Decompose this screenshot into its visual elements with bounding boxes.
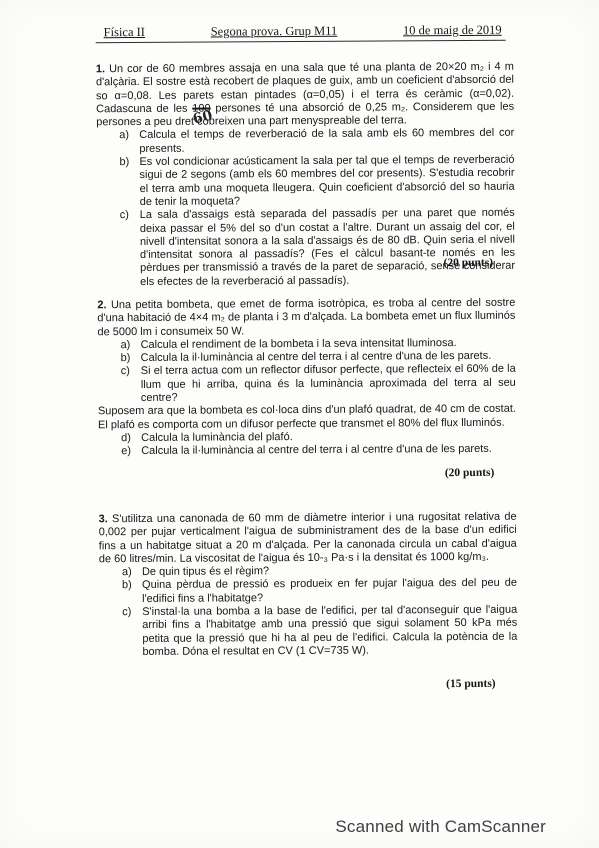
item-text: Quina pèrdua de pressió es produeix en f…	[142, 577, 517, 606]
item-label: a)	[121, 339, 141, 352]
exam-date: 10 de maig de 2019	[403, 23, 506, 39]
item-label: c)	[120, 209, 140, 289]
item-label: c)	[122, 606, 142, 659]
item-text: Calcula el temps de reverberació de la s…	[139, 127, 514, 156]
list-item: c) S'instal·la una bomba a la base de l'…	[99, 604, 517, 660]
problem-2-mid-paragraph: Suposem ara que la bombeta es col·loca d…	[98, 403, 516, 432]
problem-1: 1. Un cor de 60 membres assaja en una sa…	[96, 61, 515, 290]
list-item: b) Quina pèrdua de pressió es produeix e…	[99, 577, 517, 606]
scan-tilt-wrapper: Física II Segona prova. Grup M11 10 de m…	[0, 0, 599, 848]
problem-3-intro: 3. S'utilitza una canonada de 60 mm de d…	[99, 511, 517, 567]
exam-title: Segona prova. Grup M11	[211, 24, 338, 40]
problem-1-points: (20 punts)	[443, 257, 493, 269]
problem-2: 2. Una petita bombeta, que emet de forma…	[97, 297, 516, 459]
item-text: Calcula la il·luminància al centre del t…	[141, 443, 516, 459]
problem-2-points: (20 punts)	[445, 467, 495, 479]
problem-2-intro-text: Una petita bombeta, que emet de forma is…	[97, 297, 515, 338]
list-item: e) Calcula la il·luminància al centre de…	[98, 443, 516, 459]
item-label: c)	[121, 365, 141, 405]
problem-3-number: 3.	[99, 513, 108, 525]
problem-2-number: 2.	[97, 299, 106, 311]
course-name: Física II	[96, 25, 145, 40]
page-content: Física II Segona prova. Grup M11 10 de m…	[95, 0, 518, 848]
item-text: S'instal·la una bomba a la base de l'edi…	[142, 604, 517, 659]
problem-2-intro: 2. Una petita bombeta, que emet de forma…	[97, 297, 515, 339]
item-text: Es vol condicionar acústicament la sala …	[139, 154, 514, 209]
problem-1-intro: 1. Un cor de 60 membres assaja en una sa…	[96, 61, 514, 130]
item-label: e)	[121, 445, 141, 458]
item-label: a)	[122, 566, 142, 579]
camscanner-watermark: Scanned with CamScanner	[335, 817, 546, 837]
struck-text: 10060	[192, 102, 210, 114]
item-label: d)	[121, 432, 141, 445]
item-label: b)	[122, 579, 142, 606]
problem-3-points: (15 punts)	[446, 678, 496, 690]
problem-3: 3. S'utilitza una canonada de 60 mm de d…	[99, 511, 518, 660]
scanned-exam-page: Física II Segona prova. Grup M11 10 de m…	[0, 0, 599, 848]
item-text: Si el terra actua com un reflector difus…	[141, 363, 516, 405]
item-label: b)	[121, 352, 141, 365]
list-item: a) Calcula el temps de reverberació de l…	[96, 127, 514, 156]
problem-1-number: 1.	[96, 63, 105, 75]
item-label: b)	[119, 156, 139, 209]
list-item: c) La sala d'assaigs està separada del p…	[97, 207, 515, 289]
list-item: c) Si el terra actua com un reflector di…	[98, 363, 516, 405]
item-text: La sala d'assaigs està separada del pass…	[140, 207, 515, 289]
exam-header: Física II Segona prova. Grup M11 10 de m…	[96, 23, 506, 44]
list-item: b) Es vol condicionar acústicament la sa…	[96, 154, 514, 210]
item-label: a)	[119, 129, 139, 156]
problem-3-intro-text: S'utilitza una canonada de 60 mm de diàm…	[99, 511, 517, 565]
